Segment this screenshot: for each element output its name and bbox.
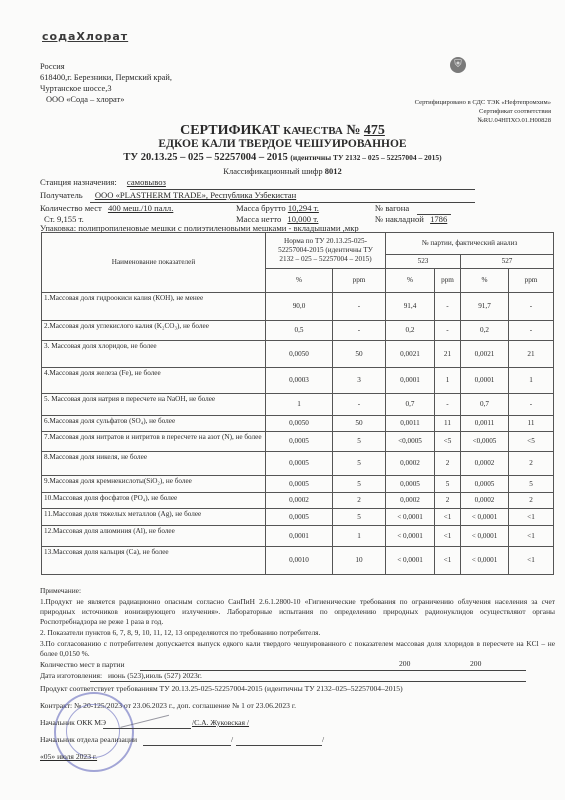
value-cell: < 0,0001: [386, 509, 435, 526]
unit-norm-percent: %: [266, 269, 333, 293]
sales-signature-line: [143, 745, 231, 746]
parameter-name: 13.Массовая доля кальция (Ca), не более: [42, 547, 266, 575]
note-3: 3.По согласованию с потребителем допуска…: [40, 639, 555, 659]
classification-label: Классификационный шифр: [223, 166, 322, 176]
tu-identical: (идентичны ТУ 2132 – 025 – 52257004 – 20…: [290, 153, 441, 162]
value-cell: -: [333, 394, 386, 416]
value-cell: <5: [435, 432, 461, 452]
sales-name-line: [236, 745, 322, 746]
header-batch-527: 527: [461, 255, 554, 269]
value-cell: 21: [435, 341, 461, 368]
header-batch-523: 523: [386, 255, 461, 269]
parameter-name: 5. Массовая доля натрия в пересчете на N…: [42, 394, 266, 416]
title-quality: КАЧЕСТВА: [283, 125, 343, 137]
value-cell: -: [435, 321, 461, 341]
manufacture-row: Дата изготовления: июнь (523),июль (527)…: [40, 671, 202, 680]
sales-label: Начальник отдела реализации: [40, 735, 137, 744]
value-cell: 0,0011: [386, 416, 435, 432]
value-cell: 0,0002: [461, 493, 509, 509]
value-cell: -: [509, 394, 554, 416]
value-cell: 91,4: [386, 293, 435, 321]
places-in-batch-523: 200: [399, 659, 410, 668]
value-cell: 0,0005: [386, 476, 435, 493]
parameter-name: 12.Массовая доля алюминия (Al), не более: [42, 526, 266, 547]
table-row: 13.Массовая доля кальция (Ca), не более0…: [42, 547, 554, 575]
value-cell: <1: [435, 526, 461, 547]
invoice-row: № накладной 1786: [375, 214, 447, 224]
places-in-batch-527: 200: [470, 659, 481, 668]
notes-label: Примечание:: [40, 586, 555, 596]
note-2: 2. Показатели пунктов 6, 7, 8, 9, 10, 11…: [40, 628, 555, 638]
value-cell: 3: [333, 368, 386, 394]
value-cell: 0,0005: [266, 452, 333, 476]
value-cell: 0,0001: [461, 368, 509, 394]
value-cell: 50: [333, 341, 386, 368]
parameter-name: 3. Массовая доля хлоридов, не более: [42, 341, 266, 368]
value-cell: < 0,0001: [461, 547, 509, 575]
value-cell: -: [333, 321, 386, 341]
unit-523-percent: %: [386, 269, 435, 293]
manufacture-label: Дата изготовления:: [40, 671, 102, 680]
value-cell: < 0,0001: [461, 509, 509, 526]
gross-row: Масса брутто 10,294 т.: [236, 203, 319, 213]
value-cell: 0,0005: [266, 509, 333, 526]
value-cell: 2: [435, 493, 461, 509]
address-country: Россия: [40, 61, 65, 72]
wagon-label: № вагона: [375, 203, 409, 213]
table-row: 6.Массовая доля сульфатов (SO₄), не боле…: [42, 416, 554, 432]
table-row: 11.Массовая доля тяжелых металлов (Ag), …: [42, 509, 554, 526]
value-cell: -: [435, 293, 461, 321]
value-cell: 0,0005: [461, 476, 509, 493]
station-value: самовывоз: [127, 177, 166, 187]
value-cell: < 0,0001: [461, 526, 509, 547]
table-row: 4.Массовая доля железа (Fe), не более0,0…: [42, 368, 554, 394]
company-name: ООО «Сода – хлорат»: [46, 94, 124, 105]
classification-code: 8012: [325, 166, 342, 176]
value-cell: 0,0011: [461, 416, 509, 432]
table-row: 1.Массовая доля гидроокиси калия (КОН), …: [42, 293, 554, 321]
value-cell: 0,0021: [461, 341, 509, 368]
value-cell: 0,0003: [266, 368, 333, 394]
sales-slash: /: [231, 735, 233, 744]
station-label: Станция назначения:: [40, 177, 117, 187]
parameter-name: 2.Массовая доля углекислого калия (K₂CO₃…: [42, 321, 266, 341]
value-cell: < 0,0001: [386, 547, 435, 575]
recipient-label: Получатель: [40, 190, 83, 200]
value-cell: 0,2: [386, 321, 435, 341]
value-cell: <1: [509, 509, 554, 526]
value-cell: 5: [333, 509, 386, 526]
value-cell: 2: [333, 493, 386, 509]
value-cell: 90,0: [266, 293, 333, 321]
value-cell: 5: [333, 476, 386, 493]
value-cell: 0,0005: [266, 432, 333, 452]
certificate-number: 475: [364, 123, 385, 138]
okk-label: Начальник ОКК МЭ: [40, 718, 106, 727]
value-cell: 0,0001: [266, 526, 333, 547]
gross-label: Масса брутто: [236, 203, 286, 213]
value-cell: 2: [509, 493, 554, 509]
value-cell: 5: [435, 476, 461, 493]
value-cell: 1: [333, 526, 386, 547]
value-cell: -: [509, 321, 554, 341]
value-cell: 0,0002: [386, 493, 435, 509]
manufacture-underline: [90, 681, 526, 682]
wagon-row: № вагона: [375, 203, 445, 213]
value-cell: 1: [435, 368, 461, 394]
places-row: Количество мест 400 меш./10 палл.: [40, 203, 173, 213]
table-row: 10.Массовая доля фосфатов (PO₄), не боле…: [42, 493, 554, 509]
table-row: 2.Массовая доля углекислого калия (K₂CO₃…: [42, 321, 554, 341]
parameter-name: 6.Массовая доля сульфатов (SO₄), не боле…: [42, 416, 266, 432]
value-cell: <0,0005: [386, 432, 435, 452]
recipient-value: ООО «PLASTHERM TRADE», Республика Узбеки…: [95, 190, 296, 200]
note-1: 1.Продукт не является радиационно опасны…: [40, 597, 555, 627]
issue-date: «05» июля 2023 г.: [40, 752, 97, 761]
address-street: Чуртанское шоссе,3: [40, 83, 112, 94]
value-cell: <1: [509, 547, 554, 575]
value-cell: 0,2: [461, 321, 509, 341]
analysis-table: Наименование показателей Норма по ТУ 20.…: [41, 232, 554, 575]
value-cell: 11: [435, 416, 461, 432]
value-cell: <1: [435, 509, 461, 526]
certification-emblem-icon: ⛨: [450, 57, 466, 73]
parameter-name: 10.Массовая доля фосфатов (PO₄), не боле…: [42, 493, 266, 509]
places-label: Количество мест: [40, 203, 102, 213]
invoice-value: 1786: [430, 214, 447, 224]
unit-523-ppm: ppm: [435, 269, 461, 293]
parameter-name: 4.Массовая доля железа (Fe), не более: [42, 368, 266, 394]
tu-number: ТУ 20.13.25 – 025 – 52257004 – 2015: [123, 152, 287, 163]
classification: Классификационный шифр 8012: [0, 166, 565, 176]
value-cell: 5: [509, 476, 554, 493]
header-batch: № партии, фактический анализ: [386, 233, 554, 255]
company-logo: содаХлорат: [42, 30, 128, 43]
table-row: 8.Массовая доля никеля, не более0,000550…: [42, 452, 554, 476]
certificate-page: содаХлорат Россия 618400,г. Березники, П…: [0, 0, 565, 800]
sales-slash-end: /: [322, 735, 324, 744]
value-cell: 2: [435, 452, 461, 476]
value-cell: 5: [333, 452, 386, 476]
gross-value: 10,294 т.: [288, 203, 319, 213]
conformity-cert-label: Сертификат соответствия: [479, 107, 551, 116]
value-cell: <0,0005: [461, 432, 509, 452]
value-cell: 0,0050: [266, 416, 333, 432]
value-cell: 0,0050: [266, 341, 333, 368]
parameter-name: 11.Массовая доля тяжелых металлов (Ag), …: [42, 509, 266, 526]
value-cell: 50: [333, 416, 386, 432]
value-cell: 2: [509, 452, 554, 476]
okk-row: Начальник ОКК МЭ: [40, 718, 106, 727]
value-cell: 91,7: [461, 293, 509, 321]
table-row: 7.Массовая доля нитратов и нитритов в пе…: [42, 432, 554, 452]
table-row: 9.Массовая доля кремнекислоты(SiO₂), не …: [42, 476, 554, 493]
value-cell: < 0,0001: [386, 526, 435, 547]
header-parameter-name: Наименование показателей: [42, 233, 266, 293]
certified-by: Сертифицировано в СДС ТЭК «Нефтепромхим»: [415, 98, 551, 107]
value-cell: 0,7: [386, 394, 435, 416]
unit-527-ppm: ppm: [509, 269, 554, 293]
parameter-name: 8.Массовая доля никеля, не более: [42, 452, 266, 476]
value-cell: -: [435, 394, 461, 416]
title-number-label: №: [346, 123, 360, 138]
product-name: ЕДКОЕ КАЛИ ТВЕРДОЕ ЧЕШУИРОВАННОЕ: [0, 138, 565, 150]
certificate-title: СЕРТИФИКАТ КАЧЕСТВА № 475: [0, 123, 565, 139]
recipient-row: Получатель ООО «PLASTHERM TRADE», Респуб…: [40, 190, 296, 200]
value-cell: 11: [509, 416, 554, 432]
value-cell: 0,0001: [386, 368, 435, 394]
value-cell: 10: [333, 547, 386, 575]
value-cell: <5: [509, 432, 554, 452]
value-cell: <1: [509, 526, 554, 547]
value-cell: 0,0005: [266, 476, 333, 493]
parameter-name: 7.Массовая доля нитратов и нитритов в пе…: [42, 432, 266, 452]
value-cell: -: [333, 293, 386, 321]
table-row: 12.Массовая доля алюминия (Al), не более…: [42, 526, 554, 547]
okk-signature-line: [103, 728, 191, 729]
table-row: 3. Массовая доля хлоридов, не более0,005…: [42, 341, 554, 368]
title-word: СЕРТИФИКАТ: [180, 123, 280, 138]
invoice-label: № накладной: [375, 214, 424, 224]
places-value: 400 меш./10 палл.: [108, 203, 173, 213]
address-city: 618400,г. Березники, Пермский край,: [40, 72, 172, 83]
station-row: Станция назначения: самовывоз: [40, 177, 166, 187]
manufacture-date: июнь (523),июль (527) 2023г.: [108, 671, 202, 680]
tu-line: ТУ 20.13.25 – 025 – 52257004 – 2015 (иде…: [0, 152, 565, 163]
value-cell: 0,0021: [386, 341, 435, 368]
places-in-batch-label: Количество мест в партии: [40, 660, 125, 669]
parameter-name: 9.Массовая доля кремнекислоты(SiO₂), не …: [42, 476, 266, 493]
value-cell: 0,0002: [266, 493, 333, 509]
value-cell: 0,7: [461, 394, 509, 416]
value-cell: 0,0002: [386, 452, 435, 476]
value-cell: 1: [509, 368, 554, 394]
value-cell: 1: [266, 394, 333, 416]
header-norm: Норма по ТУ 20.13.25-025-52257004-2015 (…: [266, 233, 386, 269]
table-row: 5. Массовая доля натрия в пересчете на N…: [42, 394, 554, 416]
value-cell: 0,0010: [266, 547, 333, 575]
value-cell: -: [509, 293, 554, 321]
value-cell: <1: [435, 547, 461, 575]
unit-norm-ppm: ppm: [333, 269, 386, 293]
value-cell: 0,0002: [461, 452, 509, 476]
parameter-name: 1.Массовая доля гидроокиси калия (КОН), …: [42, 293, 266, 321]
value-cell: 5: [333, 432, 386, 452]
value-cell: 21: [509, 341, 554, 368]
value-cell: 0,5: [266, 321, 333, 341]
unit-527-percent: %: [461, 269, 509, 293]
okk-name: /С.А. Жуковская /: [192, 718, 249, 727]
